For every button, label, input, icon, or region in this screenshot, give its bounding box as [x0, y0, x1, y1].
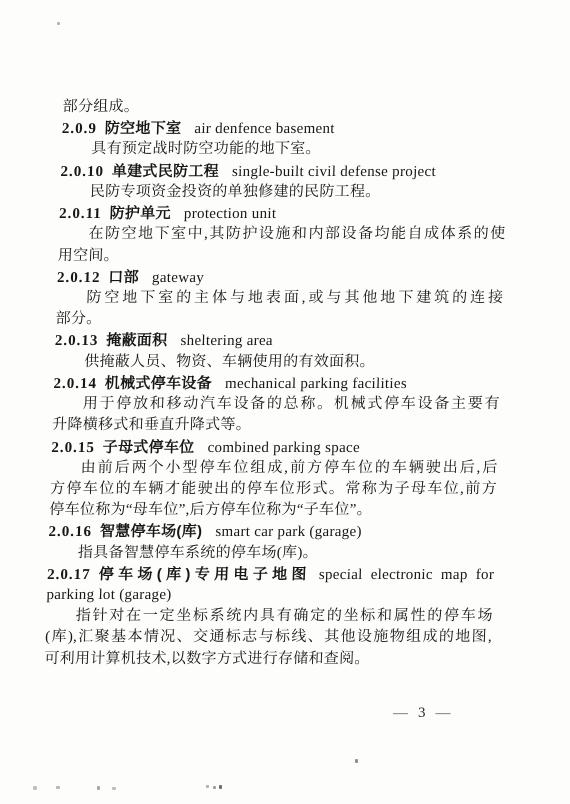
clause-term-zh: 口部 [108, 269, 139, 286]
clause-term-zh: 掩蔽面积 [106, 332, 168, 349]
scan-speck [97, 786, 100, 790]
scan-speck [33, 786, 37, 790]
clause-heading: 2.0.17 停车场(库)专用电子地图 special electronic m… [47, 564, 495, 585]
clause-heading: 2.0.16 智慧停车场(库) smart car park (garage) [48, 521, 496, 542]
scan-speck [56, 786, 60, 789]
body-line: 用空间。 [57, 246, 505, 267]
body-line: 停车位称为“母车位”,后方停车位称为“子车位”。 [49, 500, 497, 521]
footer-dash-right: — [436, 707, 451, 721]
clause-heading: 2.0.11 防护单元 protection unit [59, 203, 507, 224]
clause-heading: 2.0.9 防空地下室 air denfence basement [62, 118, 510, 139]
clause-term-zh: 单建式民防工程 [112, 163, 220, 180]
clause-term-en: protection unit [184, 206, 277, 222]
clause-number: 2.0.14 [53, 376, 97, 392]
footer-dash-left: — [393, 707, 408, 721]
clause-heading: 2.0.12 口部 gateway [57, 267, 505, 288]
page-number: 3 [418, 705, 426, 722]
clause-term-en: gateway [152, 270, 205, 286]
body-line: 在防空地下室中,其防护设施和内部设备均能自成体系的使 [58, 224, 506, 245]
clause-term-en: smart car park (garage) [215, 524, 362, 540]
body-line: parking lot (garage) [46, 585, 494, 606]
scan-speck [355, 759, 358, 763]
clause-number: 2.0.13 [55, 333, 99, 349]
body-line: 指具备智慧停车系统的停车场(库)。 [48, 543, 496, 564]
body-line: 部分组成。 [62, 97, 510, 118]
body-line: 指针对在一定坐标系统内具有确定的坐标和属性的停车场 [45, 606, 493, 627]
clause-number: 2.0.9 [62, 121, 98, 137]
clause-term-en: single-built civil defense project [232, 164, 436, 180]
body-line: 升降横移式和垂直升降式等。 [52, 415, 500, 436]
clause-term-en: air denfence basement [194, 121, 335, 137]
body-line: 方停车位的车辆才能驶出的停车位形式。常称为子母车位,前方 [50, 479, 498, 500]
clause-heading: 2.0.10 单建式民防工程 single-built civil defens… [60, 161, 508, 182]
scan-speck [219, 785, 222, 789]
body-line: 由前后两个小型停车位组成,前方停车位的车辆驶出后,后 [50, 458, 498, 479]
body-line: 民防专项资金投资的单独修建的民防工程。 [59, 182, 507, 203]
clause-term-zh: 防空地下室 [104, 120, 181, 137]
clause-term-en: combined parking space [207, 440, 360, 456]
clause-number: 2.0.16 [48, 524, 92, 540]
body-line: 部分。 [55, 309, 503, 330]
body-line: 可利用计算机技术,以数字方式进行存储和查阅。 [44, 649, 492, 670]
clause-number: 2.0.12 [57, 270, 101, 286]
clause-term-en: sheltering area [180, 333, 273, 349]
clause-term-zh: 机械式停车设备 [105, 375, 213, 392]
scan-speck [213, 786, 216, 789]
clause-number: 2.0.11 [59, 206, 102, 222]
terminology-text-block: 部分组成。2.0.9 防空地下室 air denfence basement具有… [44, 97, 510, 670]
page-footer: — 3 — [393, 705, 451, 722]
scanned-document-page: 部分组成。2.0.9 防空地下室 air denfence basement具有… [0, 0, 570, 804]
clause-heading: 2.0.15 子母式停车位 combined parking space [51, 437, 499, 458]
body-line: 具有预定战时防空功能的地下室。 [61, 139, 509, 160]
body-line: 供掩蔽人员、物资、车辆使用的有效面积。 [54, 352, 502, 373]
clause-term-en: special electronic map for [319, 567, 495, 583]
clause-number: 2.0.15 [51, 440, 95, 456]
body-line: 用于停放和移动汽车设备的总称。机械式停车设备主要有 [52, 394, 500, 415]
clause-term-en: mechanical parking facilities [225, 376, 407, 392]
clause-heading: 2.0.13 掩蔽面积 sheltering area [55, 330, 503, 351]
clause-term-zh: 子母式停车位 [102, 439, 194, 456]
scan-speck [206, 785, 209, 788]
clause-term-zh: 停车场(库)专用电子地图 [98, 566, 311, 583]
clause-number: 2.0.17 [47, 567, 91, 583]
clause-number: 2.0.10 [60, 164, 104, 180]
body-line: 防空地下室的主体与地表面,或与其他地下建筑的连接 [56, 288, 504, 309]
clause-heading: 2.0.14 机械式停车设备 mechanical parking facili… [53, 373, 501, 394]
clause-term-zh: 智慧停车场(库) [100, 523, 203, 540]
clause-term-zh: 防护单元 [109, 205, 171, 222]
scan-speck [57, 22, 60, 25]
body-line: (库),汇聚基本情况、交通标志与标线、其他设施物组成的地图, [45, 627, 493, 648]
scan-speck [112, 787, 116, 790]
